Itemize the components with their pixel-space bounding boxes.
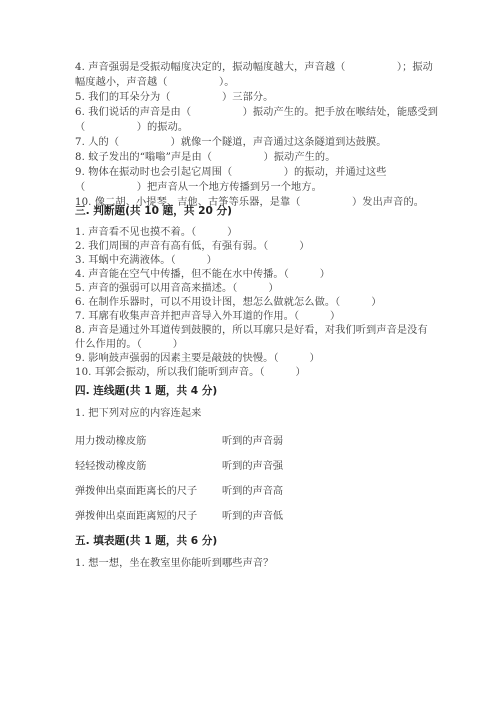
fill-blank-q4-line1: 4. 声音强弱是受振动幅度决定的，振动幅度越大，声音越（ ）；振动 (75, 61, 433, 75)
matching-right-3: 听到的声音高 (222, 482, 283, 497)
fill-blank-q9-line1: 9. 物体在振动时也会引起它周围（ ）的振动，并通过这些 (75, 166, 387, 180)
matching-right-4: 听到的声音低 (222, 507, 283, 522)
matching-left-1: 用力拨动橡皮筋 (75, 432, 146, 447)
tf-q1: 1. 声音看不见也摸不着。（ ） (75, 226, 237, 240)
fill-blank-q4-line2: 幅度越小，声音越（ ）。 (75, 76, 235, 90)
matching-left-3: 弹拨伸出桌面距离长的尺子 (75, 482, 197, 497)
fill-table-question: 1. 想一想，坐在教室里你能听到哪些声音？ (75, 557, 273, 571)
tf-q6: 6. 在制作乐器时，可以不用设计图，想怎么做就怎么做。（ ） (75, 296, 382, 310)
section-3-heading: 三. 判断题(共 10 题，共 20 分) (75, 203, 232, 218)
tf-q3: 3. 耳蜗中充满液体。（ ） (75, 254, 217, 268)
tf-q4: 4. 声音能在空气中传播，但不能在水中传播。（ ） (75, 268, 330, 282)
tf-q5: 5. 声音的强弱可以用音高来描述。（ ） (75, 282, 279, 296)
fill-blank-q8: 8. 蚊子发出的“嗡嗡”声是由（ ）振动产生的。 (75, 151, 335, 165)
matching-question: 1. 把下列对应的内容连起来 (75, 407, 201, 421)
exam-page: 4. 声音强弱是受振动幅度决定的，振动幅度越大，声音越（ ）；振动 幅度越小，声… (0, 0, 500, 707)
fill-blank-q6-line1: 6. 我们说话的声音是由（ ）振动产生的。把手放在喉结处，能感受到 (75, 106, 438, 120)
fill-blank-q6-line2: （ ）的振动。 (75, 121, 188, 135)
section-5-heading: 五. 填表题(共 1 题，共 6 分) (75, 533, 217, 548)
tf-q10: 10. 耳郭会振动，所以我们能听到声音。（ ） (75, 366, 306, 380)
fill-blank-q5: 5. 我们的耳朵分为（ ）三部分。 (75, 91, 273, 105)
tf-q8-line2: 什么作用的。（ ） (75, 338, 183, 352)
matching-left-2: 轻轻拨动橡皮筋 (75, 457, 146, 472)
tf-q7: 7. 耳廓有收集声音并把声音导入外耳道的作用。（ ） (75, 310, 340, 324)
matching-left-4: 弹拨伸出桌面距离短的尺子 (75, 507, 197, 522)
tf-q2: 2. 我们周围的声音有高有低，有强有弱。（ ） (75, 240, 309, 254)
matching-right-2: 听到的声音强 (222, 457, 283, 472)
matching-right-1: 听到的声音弱 (222, 432, 283, 447)
tf-q8-line1: 8. 声音是通过外耳道传到鼓膜的，所以耳廓只是好看，对我们听到声音是没有 (75, 324, 428, 338)
fill-blank-q9-line2: （ ）把声音从一个地方传播到另一个地方。 (75, 181, 322, 195)
fill-blank-q7: 7. 人的（ ）就像一个隧道，声音通过这条隧道到达鼓膜。 (75, 136, 387, 150)
section-4-heading: 四. 连线题(共 1 题，共 4 分) (75, 383, 217, 398)
tf-q9: 9. 影响鼓声强弱的因素主要是敲鼓的快慢。（ ） (75, 352, 320, 366)
